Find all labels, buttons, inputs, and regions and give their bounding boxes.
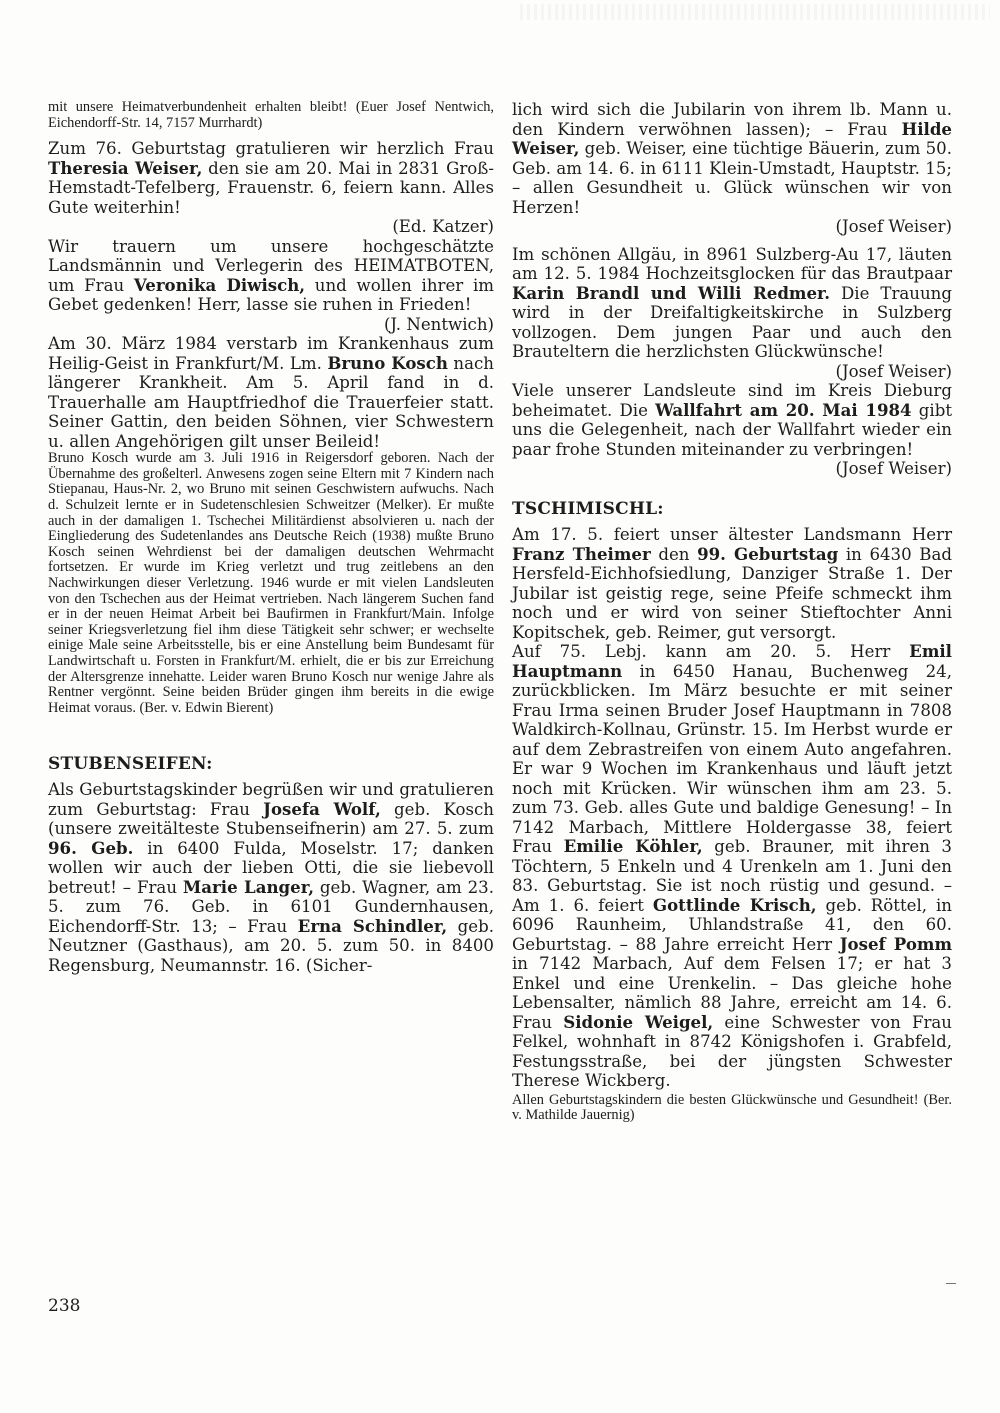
article-hilde-weiser: lich wird sich die Jubilarin von ihrem l… — [512, 100, 952, 237]
article-theresia-weiser: Zum 76. Geburtstag gratulieren wir herzl… — [48, 139, 494, 237]
article-wallfahrt: Viele unserer Landsleute sind im Kreis D… — [512, 381, 952, 459]
article-wedding-brandl-redmer: Im schönen Allgäu, in 8961 Sulzberg-Au 1… — [512, 245, 952, 362]
name-franz-theimer: Franz Theimer — [512, 544, 651, 564]
name-josef-pomm: Josef Pomm — [840, 934, 952, 954]
name-veronika-diwisch: Veronika Diwisch, — [134, 275, 305, 295]
name-bruno-kosch: Bruno Kosch — [327, 353, 448, 373]
name-marie-langer: Marie Langer, — [183, 877, 314, 897]
article-franz-theimer: Am 17. 5. feiert unser ältester Landsman… — [512, 525, 952, 642]
page-number: 238 — [48, 1296, 80, 1316]
name-gottlinde-krisch: Gottlinde Krisch, — [653, 895, 817, 915]
article-tschimischl-birthdays: Auf 75. Lebj. kann am 20. 5. Herr Emil H… — [512, 642, 952, 1091]
name-josefa-wolf: Josefa Wolf, — [263, 799, 381, 819]
article-veronika-diwisch: Wir trauern um unsere hochgeschätzte Lan… — [48, 237, 494, 315]
article-bruno-kosch-obituary: Am 30. März 1984 verstarb im Krankenhaus… — [48, 334, 494, 451]
signature: (Josef Weiser) — [512, 217, 952, 237]
signature: (Ed. Katzer) — [48, 217, 494, 237]
section-heading-stubenseifen: STUBENSEIFEN: — [48, 754, 494, 774]
article-nentwich-closing: mit unsere Heimatverbundenheit erhalten … — [48, 100, 494, 131]
name-erna-schindler: Erna Schindler, — [298, 916, 448, 936]
signature: (J. Nentwich) — [384, 315, 494, 335]
scan-bleed-through — [520, 4, 990, 20]
left-column: mit unsere Heimatverbundenheit erhalten … — [48, 100, 494, 975]
name-sidonie-weigel: Sidonie Weigel, — [563, 1012, 713, 1032]
scan-mark — [946, 1283, 956, 1284]
article-closing-wishes: Allen Geburtstagskindern die besten Glüc… — [512, 1093, 952, 1124]
event-wallfahrt: Wallfahrt am 20. Mai 1984 — [655, 400, 911, 420]
article-stubenseifen-birthdays: Als Geburtstagskinder begrüßen wir und g… — [48, 780, 494, 975]
name-theresia-weiser: Theresia Weiser, — [48, 158, 202, 178]
name-karin-brandl-willi-redmer: Karin Brandl und Willi Redmer. — [512, 283, 830, 303]
right-column: lich wird sich die Jubilarin von ihrem l… — [512, 100, 952, 1124]
article-bruno-kosch-biography: Bruno Kosch wurde am 3. Juli 1916 in Rei… — [48, 451, 494, 716]
signature: (Josef Weiser) — [836, 362, 952, 382]
signature: (Josef Weiser) — [836, 459, 952, 479]
name-emilie-koehler: Emilie Köhler, — [564, 836, 703, 856]
section-heading-tschimischl: TSCHIMISCHL: — [512, 499, 952, 519]
